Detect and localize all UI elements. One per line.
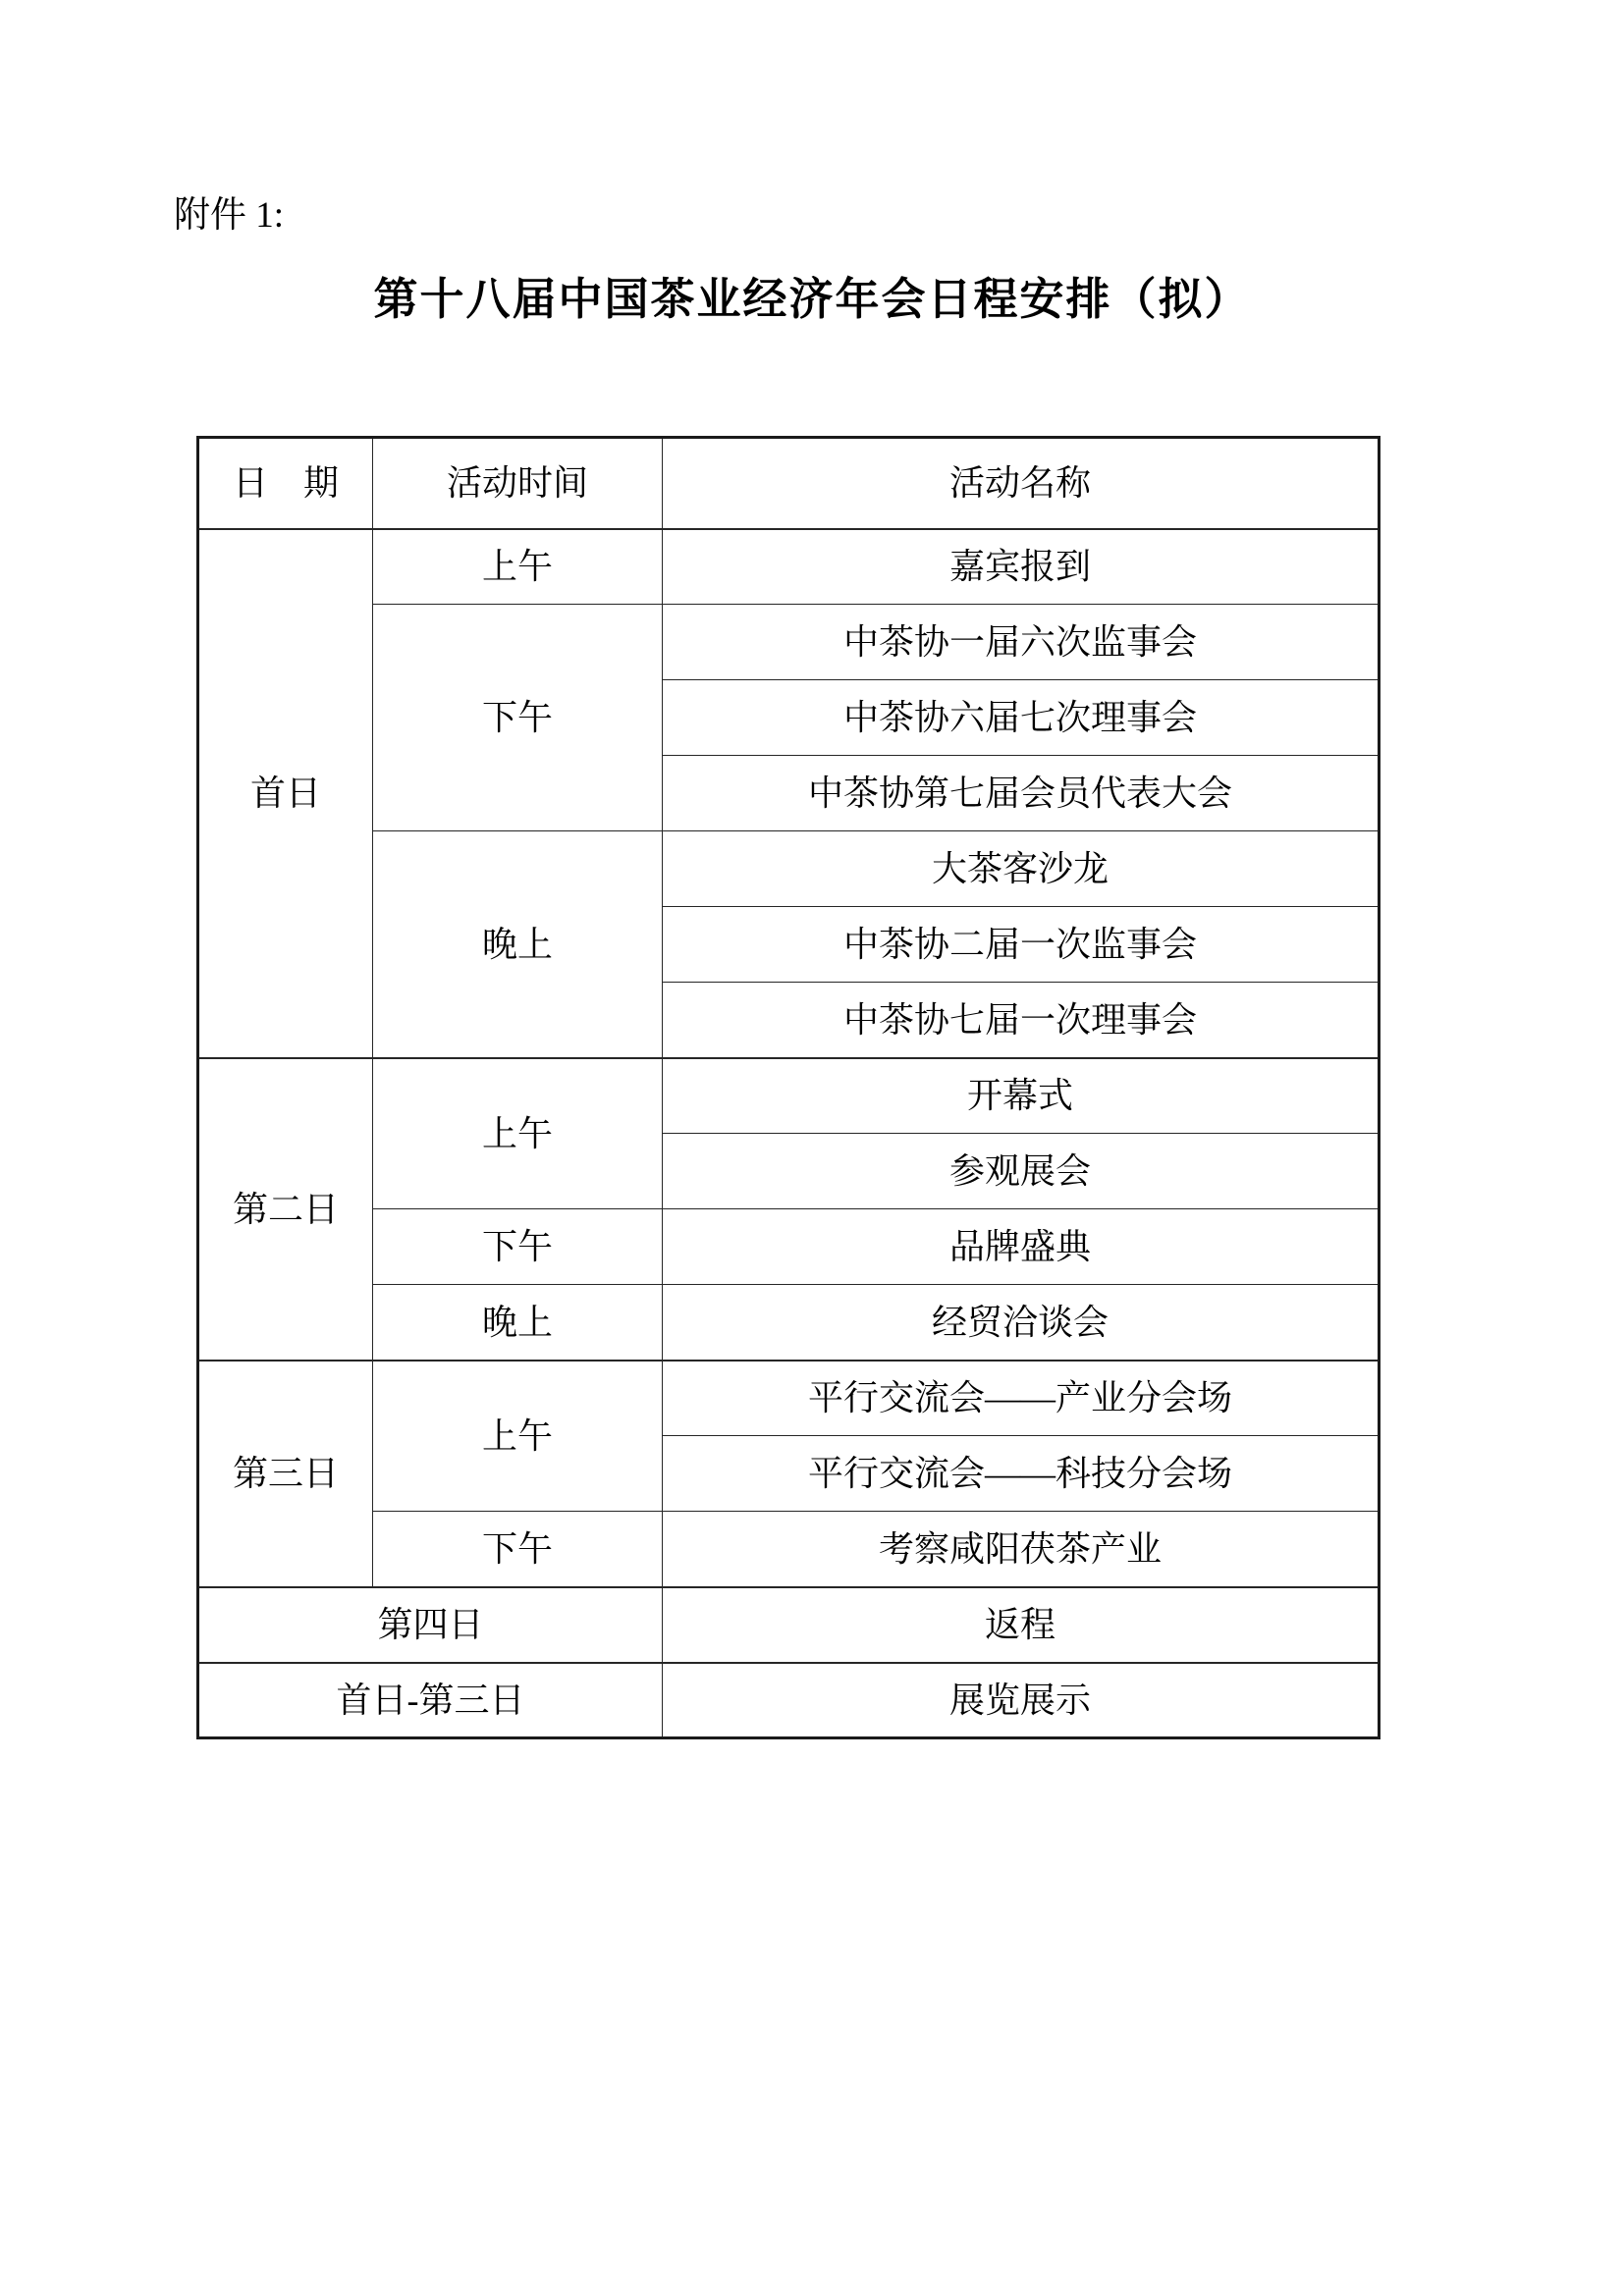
event-cell: 嘉宾报到 [663,529,1380,605]
day-cell-day4: 第四日 [198,1587,663,1663]
table-row: 第四日 返程 [198,1587,1380,1663]
event-cell: 考察咸阳茯茶产业 [663,1512,1380,1587]
table-row: 第二日 上午 开幕式 [198,1058,1380,1134]
time-cell-day3-morning: 上午 [373,1361,663,1512]
event-cell: 平行交流会——科技分会场 [663,1436,1380,1512]
table-row: 晚上 经贸洽谈会 [198,1285,1380,1361]
table-row: 晚上 大茶客沙龙 [198,831,1380,907]
event-cell: 大茶客沙龙 [663,831,1380,907]
attachment-label: 附件 1: [174,194,284,238]
header-cell-time: 活动时间 [373,438,663,529]
table-row: 首日-第三日 展览展示 [198,1663,1380,1738]
time-cell-day2-morning: 上午 [373,1058,663,1209]
event-cell: 中茶协第七届会员代表大会 [663,756,1380,831]
time-cell-day2-afternoon: 下午 [373,1209,663,1285]
time-cell-day2-evening: 晚上 [373,1285,663,1361]
document-page: 附件 1: 第十八届中国茶业经济年会日程安排（拟） 日 期 活动时间 活动名称 … [0,0,1624,2296]
event-cell: 中茶协二届一次监事会 [663,907,1380,983]
day-cell-day3: 第三日 [198,1361,373,1587]
day-cell-day1: 首日 [198,529,373,1058]
event-cell: 中茶协七届一次理事会 [663,983,1380,1058]
time-cell-day1-afternoon: 下午 [373,605,663,831]
table-row: 首日 上午 嘉宾报到 [198,529,1380,605]
event-cell: 返程 [663,1587,1380,1663]
table-header-row: 日 期 活动时间 活动名称 [198,438,1380,529]
event-cell: 平行交流会——产业分会场 [663,1361,1380,1436]
day-cell-day2: 第二日 [198,1058,373,1361]
event-cell: 参观展会 [663,1134,1380,1209]
table-row: 下午 中茶协一届六次监事会 [198,605,1380,680]
table-row: 下午 考察咸阳茯茶产业 [198,1512,1380,1587]
table-row: 下午 品牌盛典 [198,1209,1380,1285]
event-cell: 品牌盛典 [663,1209,1380,1285]
event-cell: 展览展示 [663,1663,1380,1738]
event-cell: 开幕式 [663,1058,1380,1134]
table-row: 第三日 上午 平行交流会——产业分会场 [198,1361,1380,1436]
time-cell-day3-afternoon: 下午 [373,1512,663,1587]
page-title: 第十八届中国茶业经济年会日程安排（拟） [0,271,1624,328]
header-cell-date: 日 期 [198,438,373,529]
day-cell-day1to3: 首日-第三日 [198,1663,663,1738]
header-cell-activity: 活动名称 [663,438,1380,529]
schedule-table: 日 期 活动时间 活动名称 首日 上午 嘉宾报到 下午 中茶协一届六次监事会 中… [196,436,1380,1739]
event-cell: 经贸洽谈会 [663,1285,1380,1361]
event-cell: 中茶协六届七次理事会 [663,680,1380,756]
time-cell-day1-evening: 晚上 [373,831,663,1058]
time-cell-day1-morning: 上午 [373,529,663,605]
event-cell: 中茶协一届六次监事会 [663,605,1380,680]
